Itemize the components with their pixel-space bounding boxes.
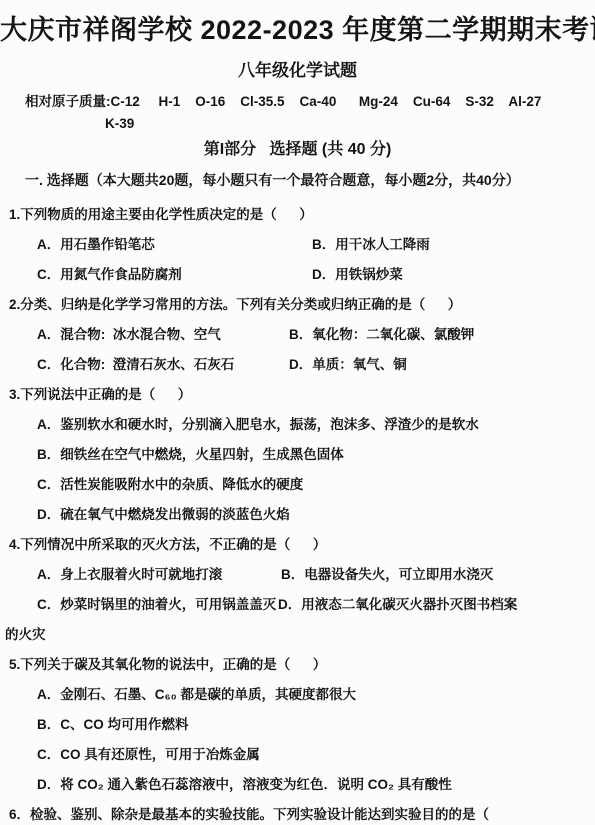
question-3-stem: 3.下列说法中正确的是（ ） xyxy=(0,380,595,410)
question-1-option-b: B．用干冰人工降雨 xyxy=(312,230,430,260)
question-1-options-row-1: A．用石墨作铅笔芯 B．用干冰人工降雨 xyxy=(0,230,595,260)
question-4-option-d-continuation: 的火灾 xyxy=(0,620,595,650)
question-2-options-row-1: A．混合物: 冰水混合物、空气 B．氧化物：二氧化碳、氯酸钾 xyxy=(0,320,595,350)
question-4-option-a: A．身上衣服着火时可就地打滚 xyxy=(37,560,281,590)
atomic-mass-line-2: K-39 xyxy=(0,113,595,135)
page-title: 大庆市祥阁学校 2022-2023 年度第二学期期末考试 xyxy=(0,0,595,47)
question-4-option-d: D．用液态二氧化碳灭火器扑灭图书档案 xyxy=(278,590,517,620)
question-4-options-row-2: C．炒菜时锅里的油着火，可用锅盖盖灭 D．用液态二氧化碳灭火器扑灭图书档案 xyxy=(0,590,595,620)
question-1-options-row-2: C．用氮气作食品防腐剂 D．用铁锅炒菜 xyxy=(0,260,595,290)
question-4-options-row-1: A．身上衣服着火时可就地打滚 B．电器设备失火，可立即用水浇灭 xyxy=(0,560,595,590)
question-4-option-b: B．电器设备失火，可立即用水浇灭 xyxy=(281,560,493,590)
question-1-option-c: C．用氮气作食品防腐剂 xyxy=(37,260,312,290)
question-4-stem: 4.下列情况中所采取的灭火方法，不正确的是（ ） xyxy=(0,530,595,560)
question-2-option-b: B．氧化物：二氧化碳、氯酸钾 xyxy=(289,320,474,350)
question-1-option-d: D．用铁锅炒菜 xyxy=(312,260,403,290)
questions-area: 1.下列物质的用途主要由化学性质决定的是（ ） A．用石墨作铅笔芯 B．用干冰人… xyxy=(0,200,595,825)
question-5-option-b: B．C、CO 均可用作燃料 xyxy=(0,710,595,740)
question-3-option-c: C．活性炭能吸附水中的杂质、降低水的硬度 xyxy=(0,470,595,500)
question-4-option-c: C．炒菜时锅里的油着火，可用锅盖盖灭 xyxy=(37,590,278,620)
question-2-option-a: A．混合物: 冰水混合物、空气 xyxy=(37,320,289,350)
atomic-mass-line-1: 相对原子质量:C-12 H-1 O-16 Cl-35.5 Ca-40 Mg-24… xyxy=(0,91,595,113)
question-6-stem: 6．检验、鉴别、除杂是最基本的实验技能。下列实验设计能达到实验目的的是（ xyxy=(0,800,595,825)
question-1-option-a: A．用石墨作铅笔芯 xyxy=(37,230,312,260)
question-2-option-d: D．单质：氧气、铜 xyxy=(289,350,407,380)
question-5-option-d: D．将 CO₂ 通入紫色石蕊溶液中，溶液变为红色．说明 CO₂ 具有酸性 xyxy=(0,770,595,800)
question-3-option-b: B．细铁丝在空气中燃烧，火星四射，生成黑色固体 xyxy=(0,440,595,470)
question-2-stem: 2.分类、归纳是化学学习常用的方法。下列有关分类或归纳正确的是（ ） xyxy=(0,290,595,320)
page-subtitle: 八年级化学试题 xyxy=(0,60,595,82)
question-3-option-a: A．鉴别软水和硬水时，分别滴入肥皂水，振荡，泡沫多、浮渣少的是软水 xyxy=(0,410,595,440)
question-3-option-d: D．硫在氧气中燃烧发出微弱的淡蓝色火焰 xyxy=(0,500,595,530)
question-5-option-c: C．CO 具有还原性，可用于冶炼金属 xyxy=(0,740,595,770)
question-2-options-row-2: C．化合物: 澄清石灰水、石灰石 D．单质：氧气、铜 xyxy=(0,350,595,380)
exam-paper-page: 大庆市祥阁学校 2022-2023 年度第二学期期末考试 八年级化学试题 相对原… xyxy=(0,0,595,825)
question-5-option-a: A．金刚石、石墨、C₆₀ 都是碳的单质，其硬度都很大 xyxy=(0,680,595,710)
section-heading: 第I部分 选择题 (共 40 分) xyxy=(0,138,595,162)
question-1-stem: 1.下列物质的用途主要由化学性质决定的是（ ） xyxy=(0,200,595,230)
question-5-stem: 5.下列关于碳及其氧化物的说法中，正确的是（ ） xyxy=(0,650,595,680)
question-2-option-c: C．化合物: 澄清石灰水、石灰石 xyxy=(37,350,289,380)
section-instruction: 一. 选择题（本大题共20题，每小题只有一个最符合题意，每小题2分，共40分） xyxy=(0,169,595,191)
